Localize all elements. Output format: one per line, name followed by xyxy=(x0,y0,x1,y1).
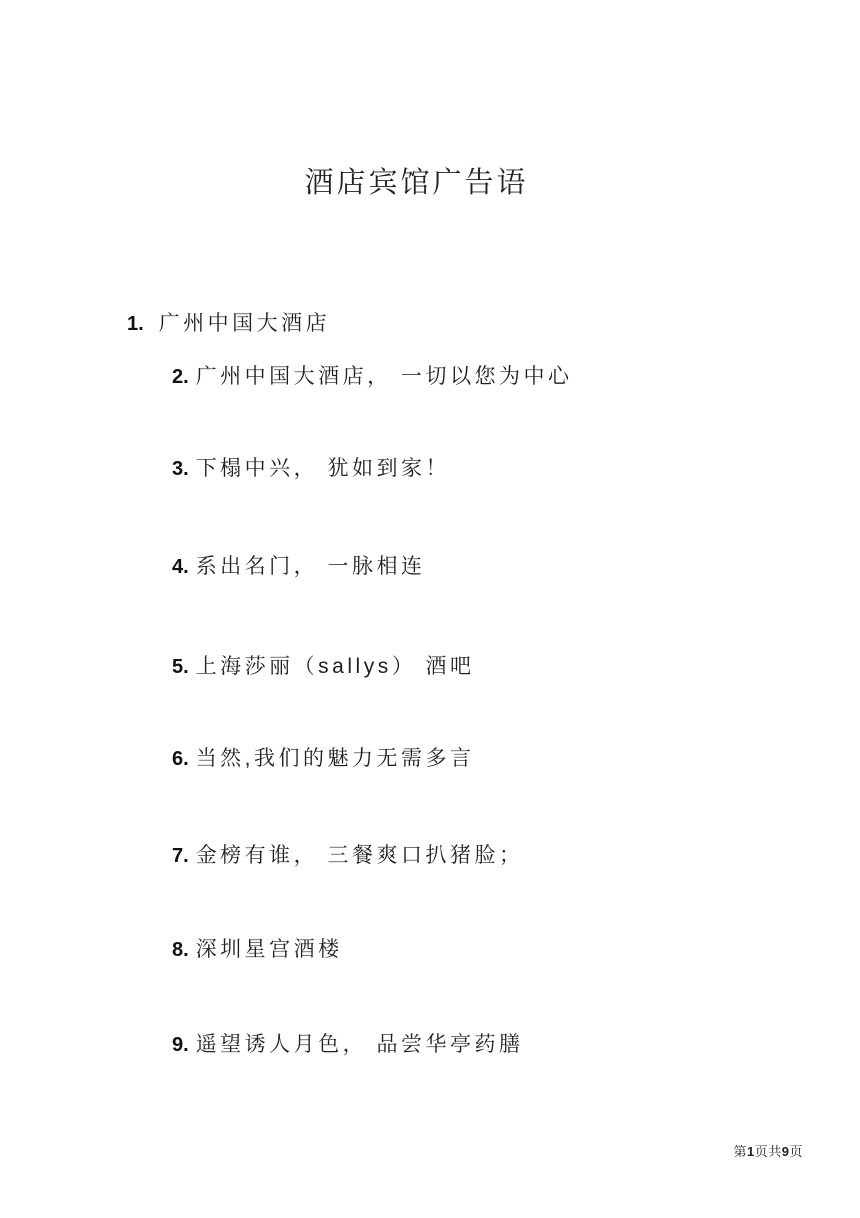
list-item-number: 9. xyxy=(172,1034,189,1057)
list-item-number: 1. xyxy=(127,313,144,336)
list-item-text: 金榜有谁， 三餐爽口扒猪脸； xyxy=(196,839,524,869)
list-item-number: 7. xyxy=(172,845,189,868)
document-page: 酒店宾馆广告语 1. 广州中国大酒店 2. 广州中国大酒店， 一切以您为中心 3… xyxy=(0,0,860,1218)
list-item-number: 8. xyxy=(172,939,189,962)
page-footer-middle: 页共 xyxy=(755,1144,782,1159)
list-item: 7. 金榜有谁， 三餐爽口扒猪脸； xyxy=(172,839,524,869)
list-item: 5. 上海莎丽（sallys） 酒吧 xyxy=(172,650,475,680)
list-item-text: 上海莎丽（sallys） 酒吧 xyxy=(196,650,475,680)
list-item-number: 2. xyxy=(172,366,189,389)
list-item-number: 4. xyxy=(172,556,189,579)
list-item: 8. 深圳星宫酒楼 xyxy=(172,933,343,963)
list-item-text: 广州中国大酒店， 一切以您为中心 xyxy=(196,360,573,390)
list-item: 2. 广州中国大酒店， 一切以您为中心 xyxy=(172,360,573,390)
list-item: 9. 遥望诱人月色， 品尝华亭药膳 xyxy=(172,1028,524,1058)
page-footer-current-page: 1 xyxy=(747,1144,755,1159)
list-item-text: 下榻中兴， 犹如到家！ xyxy=(196,452,450,482)
list-item-text: 系出名门， 一脉相连 xyxy=(196,550,426,580)
document-title: 酒店宾馆广告语 xyxy=(0,165,860,201)
list-item-number: 5. xyxy=(172,656,189,679)
list-item-text: 深圳星宫酒楼 xyxy=(196,933,343,963)
list-item-text: 当然,我们的魅力无需多言 xyxy=(196,742,475,772)
list-item: 4. 系出名门， 一脉相连 xyxy=(172,550,426,580)
list-item-text: 广州中国大酒店 xyxy=(159,307,331,337)
list-item-text: 遥望诱人月色， 品尝华亭药膳 xyxy=(196,1028,524,1058)
list-item-number: 6. xyxy=(172,748,189,771)
page-footer: 第1页共9页 xyxy=(733,1141,803,1160)
page-footer-prefix: 第 xyxy=(733,1144,747,1159)
page-footer-suffix: 页 xyxy=(789,1144,803,1159)
list-item: 3. 下榻中兴， 犹如到家！ xyxy=(172,452,450,482)
list-item-number: 3. xyxy=(172,458,189,481)
list-item: 1. 广州中国大酒店 xyxy=(127,307,330,337)
list-item: 6. 当然,我们的魅力无需多言 xyxy=(172,742,475,772)
